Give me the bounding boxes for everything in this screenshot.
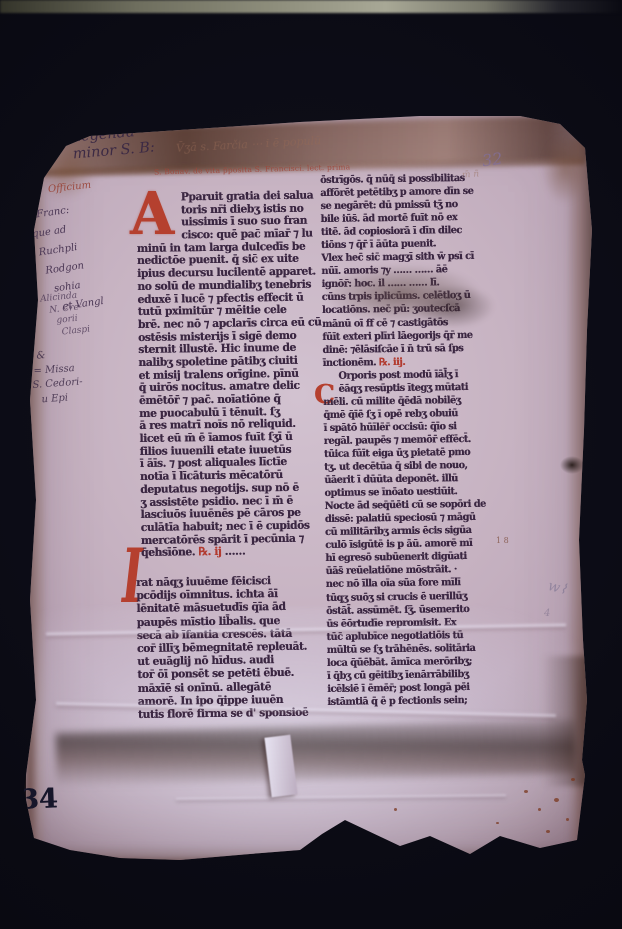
manuscript-photo: Legenda minor S. B: V̄ʒā s. Farčia ⋯ i ē… xyxy=(0,0,622,929)
margin-notes-lower: &= MissaS. Cedori-u Epi xyxy=(36,347,84,408)
margin-mark-scribble: w⌇ xyxy=(546,578,568,598)
corner-number: 32 xyxy=(481,149,504,171)
ink-smudge xyxy=(328,256,512,340)
text-line: q̄ehsīōne. ℞. ij …… xyxy=(141,545,331,560)
text-line: Claspi xyxy=(61,324,90,338)
corner-stain-right xyxy=(542,134,588,204)
margin-notes-mid: AlicindaN. Cre-goriiClaspi xyxy=(40,290,91,341)
text-line: u Epi xyxy=(41,390,84,407)
manuscript-page: Legenda minor S. B: V̄ʒā s. Farčia ⋯ i ē… xyxy=(26,108,592,864)
text-line: istāmtiā q̄ ē p fectionis sein; xyxy=(327,693,517,709)
left-column-lectio2: rat nāqʒ iuuēme fēiciscipcōdijs oīmnitus… xyxy=(136,573,328,721)
margin-mark-4: 4 xyxy=(544,608,550,619)
edge-blot xyxy=(560,456,584,474)
legenda-annotation: Legenda minor S. B: xyxy=(71,122,156,163)
text-line: cor̄ illīʒ bēmegnitatē repleuāt. xyxy=(137,639,327,655)
slide-mount-edge xyxy=(0,0,622,13)
margin-mark-18: 1 8 xyxy=(496,536,509,545)
shelf-number: 34 xyxy=(19,783,58,815)
left-column-lectio1: Pparuit gratia dei saluatoris nr̄i diebʒ… xyxy=(136,189,331,560)
fold-right-lower xyxy=(542,656,590,786)
